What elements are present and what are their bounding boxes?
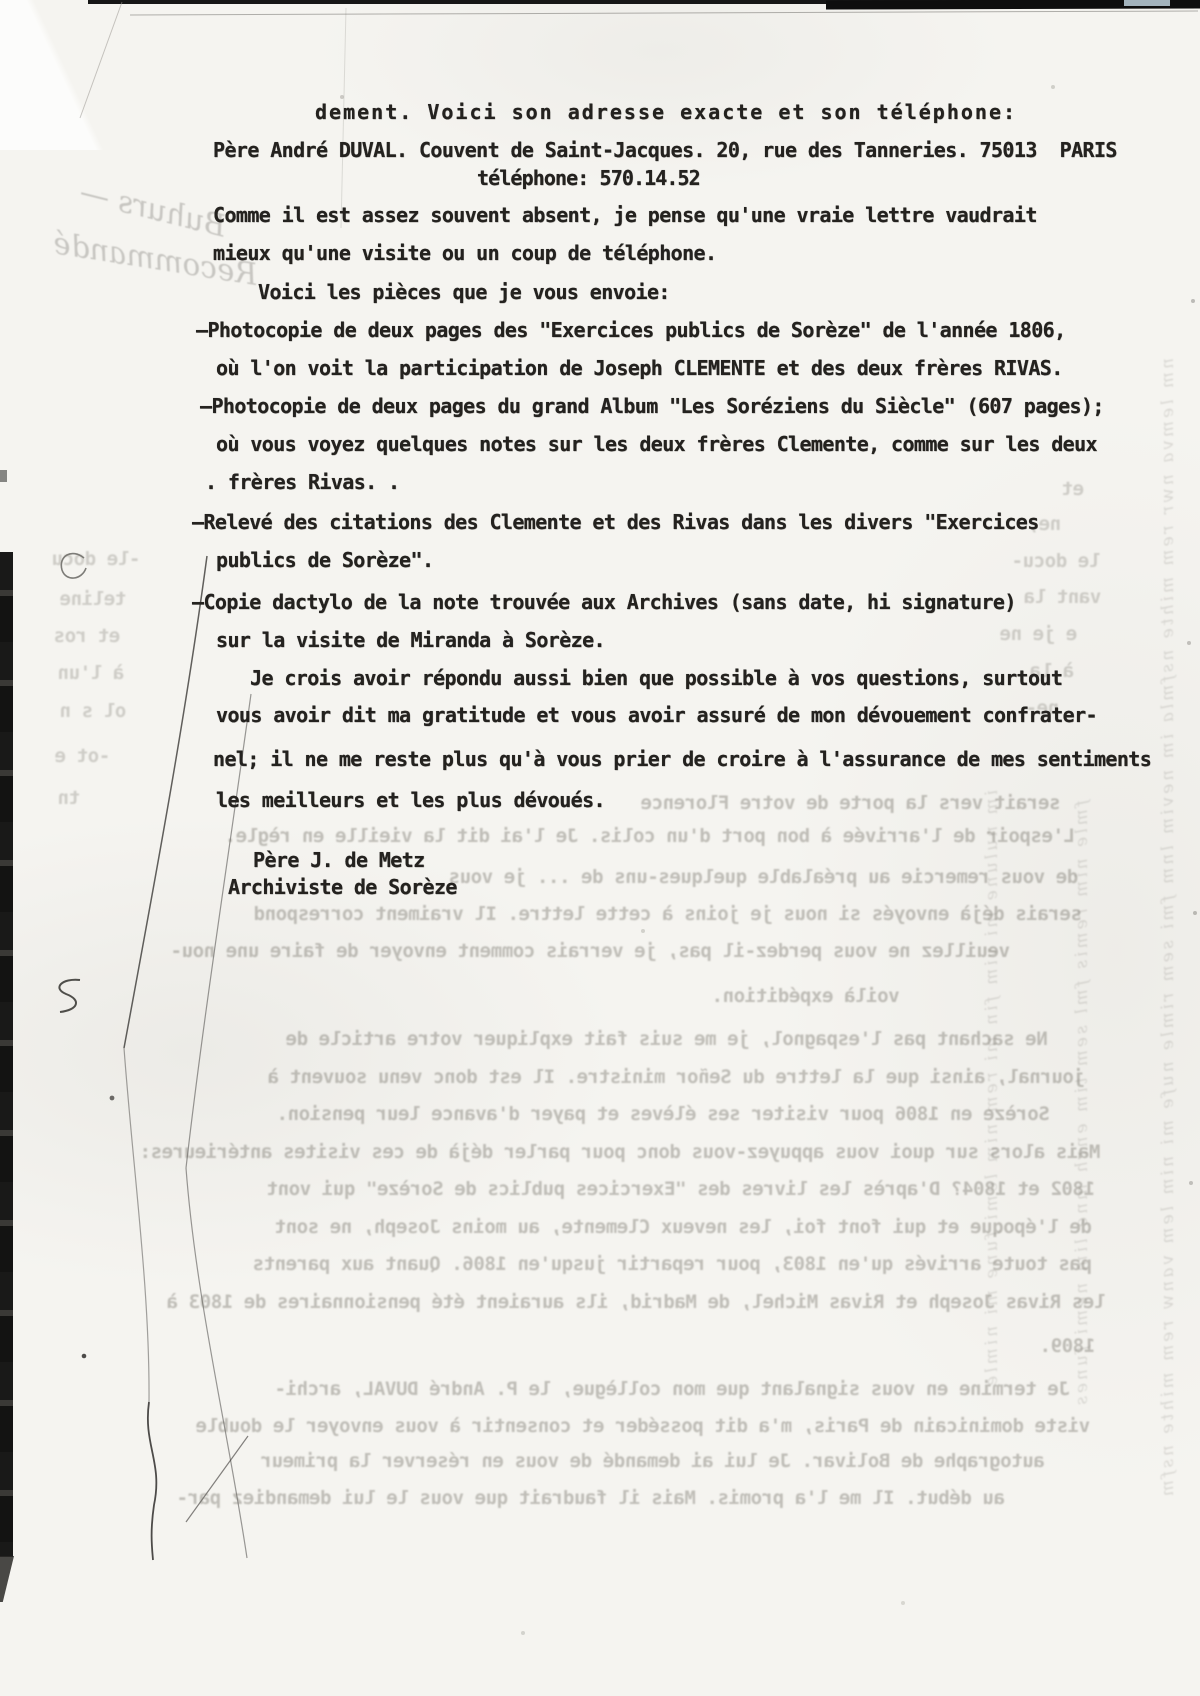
ink-dot — [82, 1354, 87, 1359]
bleed-through-line: Mais alors sur quoi vous appuyez-vous do… — [140, 1141, 1100, 1163]
typed-line: . frères Rivas. . — [205, 470, 400, 494]
bleed-through-line: Ne sachant pas l'espagnol, je me suis fa… — [286, 1028, 1048, 1050]
typed-line: Voici les pièces que je vous envoie: — [258, 280, 670, 304]
bleed-through-line: Je termine en vous signalant que mon col… — [275, 1378, 1070, 1400]
bleed-through-handwriting-column: nm lemva nwr rem mihte nsfmla im nevim l… — [1158, 358, 1178, 1308]
signature-line: Archiviste de Sorèze — [228, 875, 457, 899]
crease-line — [124, 1048, 149, 1402]
bleed-through-fragment: e je ne — [1000, 623, 1077, 645]
typed-line: —Copie dactylo de la note trouvée aux Ar… — [192, 590, 1016, 614]
typed-line: Père André DUVAL. Couvent de Saint-Jacqu… — [213, 138, 1117, 162]
bleed-through-line: veuillez ne vous perdez-il pas, je verra… — [171, 940, 1010, 962]
signature-line: Père J. de Metz — [253, 848, 425, 872]
bleed-through-fragment: -ot e — [55, 745, 110, 767]
typed-line: —Relevé des citations des Clemente et de… — [192, 510, 1039, 534]
bleed-through-line: de l'époque et qui font foi, les neveux … — [275, 1216, 1092, 1238]
bleed-through-line: serais déjà envoyés si nous je joins à c… — [254, 903, 1082, 925]
bleed-through-fragment: -le docu — [52, 548, 140, 570]
bleed-through-line: autographe de Bolivar. Je lui ai demandé… — [261, 1450, 1045, 1472]
bleed-through-line: voilà expédition. — [712, 985, 900, 1007]
bleed-through-handwriting-column: fmle nim remis fml sem tim enrh mne lim … — [1072, 800, 1092, 1330]
typed-line: Comme il est assez souvent absent, je pe… — [213, 203, 1037, 227]
typed-line: publics de Sorèze". — [216, 548, 433, 572]
typed-line: les meilleurs et les plus dévoués. — [216, 788, 605, 812]
bleed-through-fragment: ol s n — [60, 700, 126, 722]
bleed-through-fragment: et ros — [54, 625, 120, 647]
typed-line: téléphone: 570.14.52 — [477, 166, 700, 190]
typed-line: vous avoir dit ma gratitude et vous avoi… — [216, 703, 1097, 727]
typed-line: sur la visite de Miranda à Sorèze. — [216, 628, 605, 652]
pencil-s-mark — [59, 980, 80, 1012]
bleed-through-line: 1802 et 1804? D'après les livres des "Ex… — [267, 1178, 1095, 1200]
top-scratch-line — [130, 11, 1198, 15]
typed-line: —Photocopie de deux pages du grand Album… — [200, 394, 1104, 418]
typed-line: dement. Voici son adresse exacte et son … — [315, 100, 1017, 124]
bleed-through-line: pas toute arrivés qu'en 1803, pour repar… — [253, 1253, 1092, 1275]
ink-dot — [110, 1096, 115, 1101]
bleed-through-fragment: à l'un — [58, 662, 124, 684]
scanned-letter-page: serait vers la porte de votre FlorenceL'… — [0, 0, 1200, 1696]
bleed-through-fragment: tn — [58, 787, 80, 809]
corner-fold-edge — [80, 2, 122, 118]
typed-line: où vous voyez quelques notes sur les deu… — [216, 432, 1097, 456]
typed-line: mieux qu'une visite ou un coup de téléph… — [213, 241, 716, 265]
typed-line: —Photocopie de deux pages des "Exercices… — [196, 318, 1066, 342]
bleed-through-line: Sorèze en 1806 pour visiter ses élèves e… — [277, 1103, 1050, 1125]
bleed-through-fragment: teline — [60, 588, 126, 610]
bleed-through-fragment: vant la — [1024, 586, 1101, 608]
bleed-through-line: L'espoir de l'arrivée à bon port d'un co… — [225, 825, 1075, 847]
crease-line — [148, 1402, 157, 1560]
bleed-through-handwriting-column: im nulune mi vim fin mi rem nim lemi fun… — [982, 790, 1002, 1315]
crease-line — [124, 556, 207, 1048]
bleed-through-line: au début. Il me l'a promis. Mais il faud… — [177, 1487, 1005, 1509]
bleed-through-line: viste dominicain de Paris, m'a dit possé… — [196, 1415, 1090, 1437]
bleed-through-line: les Rivas Joseph et Rivas Michel, de Mad… — [167, 1291, 1105, 1313]
typed-line: Je crois avoir répondu aussi bien que po… — [250, 666, 1062, 690]
bleed-through-fragment: et — [1062, 478, 1084, 500]
typed-line: nel; il ne me reste plus qu'à vous prier… — [213, 747, 1151, 771]
bleed-through-fragment: le docu- — [1012, 550, 1100, 572]
bleed-through-line: journal, ainsi que la lettre du Señor mi… — [268, 1066, 1085, 1088]
typed-line: où l'on voit la participation de Joseph … — [216, 356, 1063, 380]
